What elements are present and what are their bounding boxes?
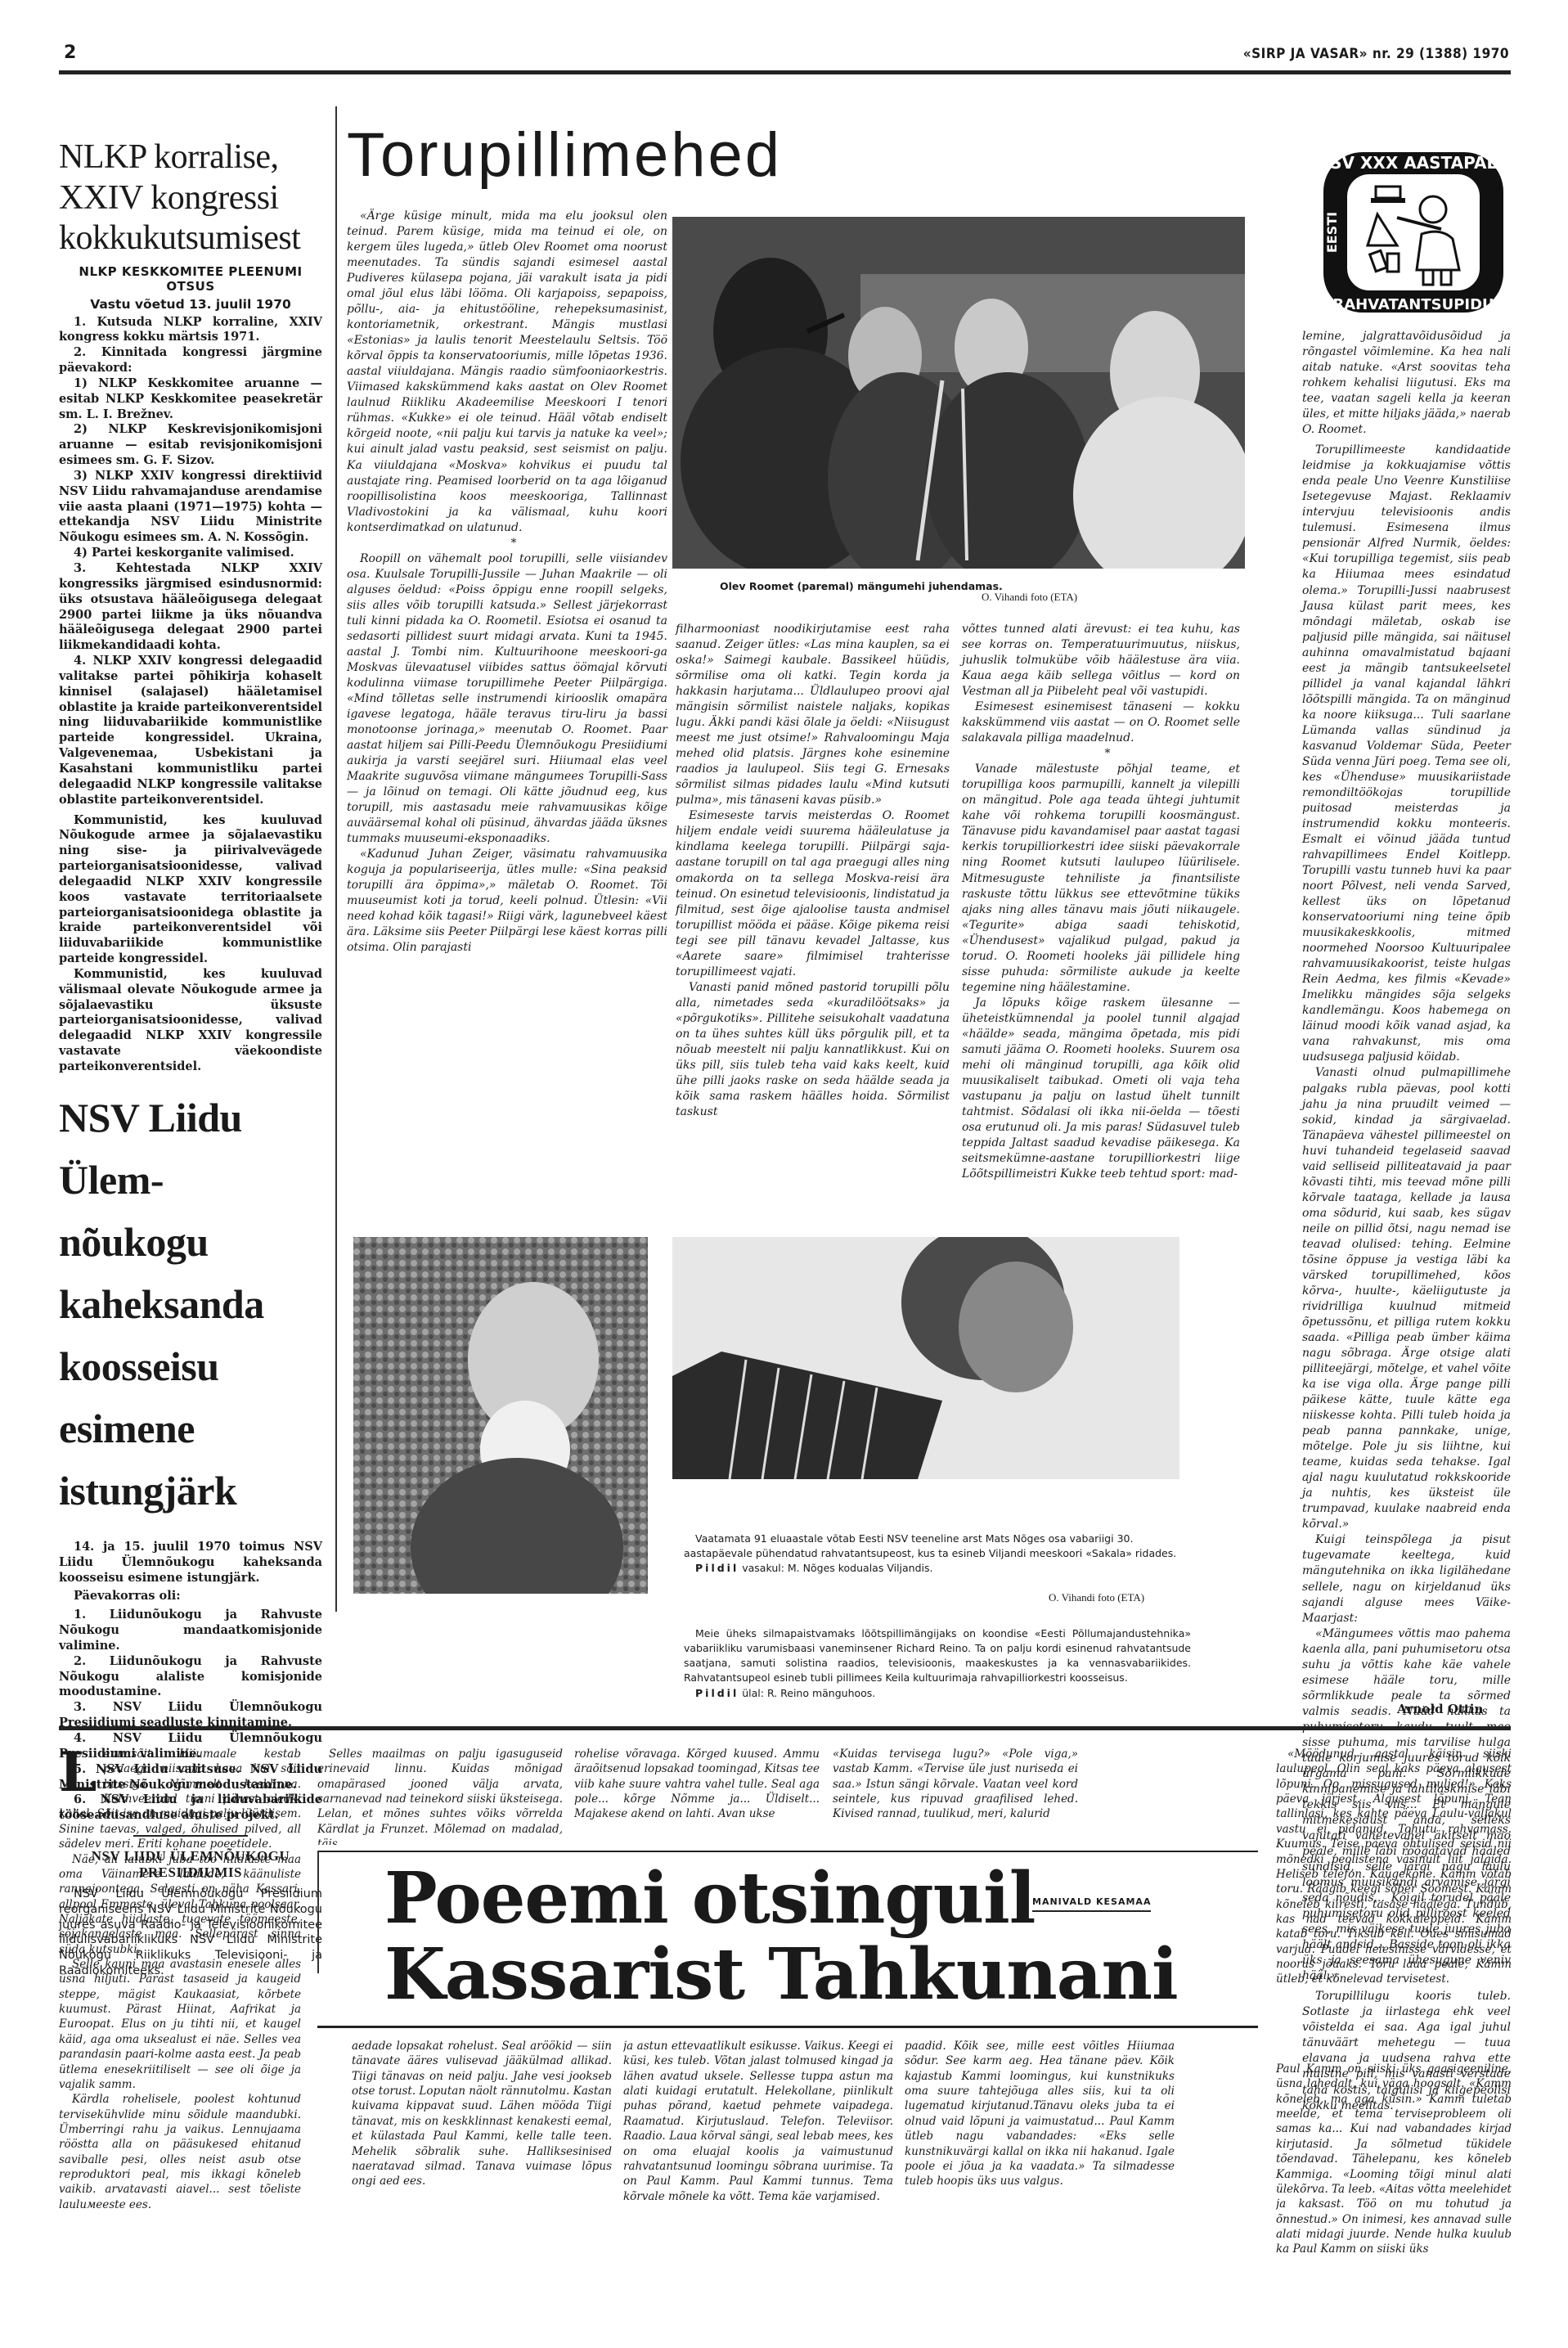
title-line: NSV Liidu Ülem- (59, 1086, 322, 1211)
article-dateline: Vastu võetud 13. juulil 1970 (59, 297, 322, 313)
paragraph: Kommunistid, kes kuuluvad Nõukogude arme… (59, 813, 322, 967)
caption-sub: Pildil vasakul: M. Nõges kodualas Viljan… (684, 1561, 1191, 1576)
bottom-col-4: paadid. Kõik see, mille eest võitles Hii… (905, 2039, 1175, 2341)
title-line: Kassarist Tahkunani (384, 1937, 1178, 2013)
paragraph: Selle kauni maa avastasin enesele alles … (59, 1957, 301, 2092)
caption-sub-text: vasakul: M. Nõges kodualas Viljandis. (742, 1562, 932, 1574)
bottom-article-byline: MANIVALD KESAMAA (1032, 1896, 1151, 1912)
article-body-nlkp: 1. Kutsuda NLKP korraline, XXIV kongress… (59, 315, 322, 1075)
page-number: 2 (64, 43, 76, 63)
photo-mats-noges-caption: Vaatamata 91 eluaastale võtab Eesti NSV … (684, 1532, 1191, 1576)
caption-text: Vaatamata 91 eluaastale võtab Eesti NSV … (684, 1532, 1191, 1561)
paragraph: 4) Partei keskorganite valimised. (59, 546, 322, 561)
bottom-col-5: «Möödunud aastal käisin siiski laulupeol… (1276, 1747, 1512, 2058)
title-line: koosseisu esimene (59, 1335, 322, 1460)
photo-mats-noges (353, 1237, 648, 1594)
feature-col-2: filharmooniast noodikirjutamise eest rah… (676, 622, 950, 1120)
title-line: kokkukutsumisest (59, 218, 322, 259)
paragraph: 14. ja 15. juulil 1970 toimus NSV Liidu … (59, 1540, 322, 1586)
left-column: NLKP korralise, XXIV kongressi kokkukuts… (59, 137, 322, 1979)
paragraph: 1) NLKP Keskkomitee aruanne — esitab NLK… (59, 376, 322, 423)
paragraph: Näe, all laiubki juba too hiidlaste maa … (59, 1852, 301, 1958)
photo-richard-reino (672, 1237, 1179, 1479)
photo-richard-reino-caption: Meie üheks silmapaistvamaks lõõtspillimä… (684, 1626, 1191, 1701)
paragraph: Esimeseste tarvis meisterdas O. Roomet h… (676, 808, 950, 979)
headline-bottom-rule (317, 2026, 1258, 2028)
title-line: kaheksanda (59, 1273, 322, 1335)
column-divider (335, 106, 337, 1612)
paragraph: lemine, jalgrattavõidusõidud ja rõngaste… (1302, 329, 1511, 438)
paragraph: Roopill on vähemalt pool torupilli, sell… (347, 551, 667, 848)
paragraph: võttes tunned alati ärevust: ei tea kuhu… (962, 622, 1240, 699)
headline-left-rule (317, 1851, 319, 1973)
paragraph: Vanade mälestuste põhjal teame, et torup… (962, 762, 1240, 995)
bottom-col-2-top: Selles maailmas on palju igasuguseid eri… (317, 1747, 563, 1845)
photo-mats-noges-credit: O. Vihandi foto (ETA) (1049, 1591, 1144, 1604)
paragraph: 2. Kinnitada kongressi järgmine päevakor… (59, 345, 322, 376)
feature-title: Torupillimehed (347, 124, 782, 187)
separator-star: * (962, 746, 1240, 762)
masthead: «SIRP JA VASAR» nr. 29 (1388) 1970 (1243, 46, 1509, 62)
photo-pipers-caption: Olev Roomet (paremal) mängumehi juhendam… (720, 579, 1003, 594)
paragraph: 1. Kutsuda NLKP korraline, XXIV kongress… (59, 315, 322, 346)
title-line: istungjärk (59, 1460, 322, 1522)
svg-text:EESTI: EESTI (1324, 212, 1340, 253)
caption-sub-text: ülal: R. Reino mänguhoos. (742, 1687, 875, 1699)
caption-label: Pildil (695, 1687, 739, 1699)
paragraph: Kommunistid, kes kuuluvad välismaal olev… (59, 967, 322, 1075)
caption-sub: Pildil ülal: R. Reino mänguhoos. (684, 1686, 1191, 1701)
title-line: NLKP korralise, (59, 137, 322, 178)
bottom-col-1: L ennusõit Hiiumaale kestab peaaegu niis… (59, 1747, 301, 2212)
paragraph: 2. Liidunõukogu ja Rahvuste Nõukogu alal… (59, 1654, 322, 1701)
feature-author: Arnold Ottin (1397, 1702, 1483, 1716)
bottom-col-5-lower: Paul Kamm on siiski üks gaasigeeniline, … (1276, 2062, 1512, 2344)
folk-dance-festival-emblem: NSV XXX AASTAPÄEV RAHVATANTSUPIDU EESTI (1319, 147, 1508, 317)
paragraph: 3) NLKP XXIV kongressi direktiivid NSV L… (59, 469, 322, 546)
drop-cap: L (59, 1748, 97, 1796)
paragraph: Kärdla rohelisele, poolest kohtunud terv… (59, 2092, 301, 2212)
photo-pipers-credit: O. Vihandi foto (ETA) (982, 591, 1077, 604)
header-rule (59, 70, 1511, 74)
photo-richard-reino-illustration (672, 1237, 1179, 1479)
paragraph: 3. Kehtestada NLKP XXIV kongressiks järg… (59, 561, 322, 654)
photo-mats-noges-illustration (353, 1237, 648, 1594)
paragraph: Vanasti olnud pulmapillimehe palgaks rub… (1302, 1065, 1511, 1532)
article-subtitle: NLKP KESKKOMITEE PLEENUMI OTSUS (59, 264, 322, 295)
paragraph: Ja lõpuks kõige raskem ülesanne — ühetei… (962, 996, 1240, 1182)
bottom-col-3-top: rohelise võravaga. Kõrged kuused. Ammu ä… (574, 1747, 820, 1845)
paragraph: «Ärge küsige minult, mida ma elu jooksul… (347, 209, 667, 536)
separator-star: * (347, 536, 667, 551)
paragraph: 4. NLKP XXIV kongressi delegaadid valita… (59, 654, 322, 807)
photo-pipers (672, 217, 1245, 569)
paragraph: 1. Liidunõukogu ja Rahvuste Nõukogu mand… (59, 1608, 322, 1654)
article-title-nlkp: NLKP korralise, XXIV kongressi kokkukuts… (59, 137, 322, 259)
emblem-icon: NSV XXX AASTAPÄEV RAHVATANTSUPIDU EESTI (1319, 147, 1508, 317)
paragraph: filharmooniast noodikirjutamise eest rah… (676, 622, 950, 808)
title-line: XXIV kongressi (59, 178, 322, 219)
paragraph: Torupillimeeste kandidaatide leidmise ja… (1302, 443, 1511, 1065)
svg-text:RAHVATANTSUPIDU: RAHVATANTSUPIDU (1332, 296, 1494, 313)
paragraph: L ennusõit Hiiumaale kestab peaaegu niis… (59, 1747, 301, 1852)
title-line: nõukogu (59, 1211, 322, 1273)
paragraph: Päevakorras oli: (59, 1589, 322, 1604)
paragraph: Esimesest esinemisest tänaseni — kokku k… (962, 699, 1240, 746)
caption-label: Pildil (695, 1562, 739, 1574)
paragraph: Kuigi teinspõlega ja pisut tugevamate ke… (1302, 1532, 1511, 1626)
paragraph: Vanasti panid mõned pastorid torupilli p… (676, 980, 950, 1120)
caption-text: Meie üheks silmapaistvamaks lõõtspillimä… (684, 1626, 1191, 1686)
paragraph: «Kadunud Juhan Zeiger, väsimatu rahvamuu… (347, 847, 667, 956)
bottom-col-3: ja astun ettevaatlikult esikusse. Vaikus… (623, 2039, 893, 2341)
feature-col-3: võttes tunned alati ärevust: ei tea kuhu… (962, 622, 1240, 1182)
photo-pipers-illustration (672, 217, 1245, 569)
bottom-col-4-top: «Kuidas tervisega lugu?» «Pole viga,» va… (833, 1747, 1078, 1845)
article-title-ulemnoukogu: NSV Liidu Ülem- nõukogu kaheksanda kooss… (59, 1086, 322, 1522)
paragraph: 2) NLKP Keskrevisjonikomisjoni aruanne —… (59, 422, 322, 469)
bottom-col-2: aedade lopsakat rohelust. Seal aröökid —… (352, 2039, 612, 2341)
bottom-article-title: Poeemi otsinguil Kassarist Tahkunani (384, 1861, 1178, 2013)
section-rule (59, 1726, 1511, 1730)
headline-top-rule (317, 1851, 1258, 1852)
svg-text:NSV XXX AASTAPÄEV: NSV XXX AASTAPÄEV (1319, 153, 1508, 173)
feature-col-1: «Ärge küsige minult, mida ma elu jooksul… (347, 209, 667, 956)
